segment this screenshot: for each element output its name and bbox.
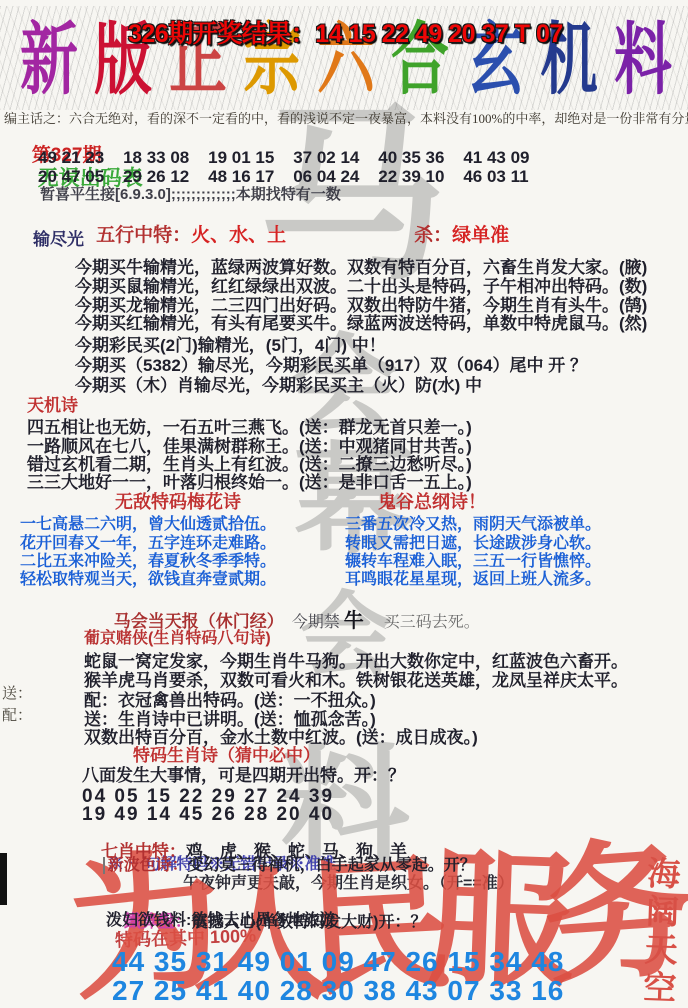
pujing-line: 猴羊虎马肖要杀，双数可看火和木。铁树银花送英雄，龙凤呈祥庆太平。	[84, 671, 628, 691]
margin-note: 配：	[2, 708, 32, 725]
meihua-line: 二比五来冲险关，春夏秋冬季季特。	[20, 553, 276, 571]
wuxing-label: 五行中特：	[96, 225, 191, 246]
sha-label: 杀：	[414, 225, 452, 246]
pofu-line: 泼妇欲钱料:欲钱去出界各地旅游	[106, 912, 335, 930]
hint-line: 暂喜平生接[6.9.3.0];;;;;;;;;;;;;本期找特有一数	[40, 186, 341, 203]
bose-line: 新波色诗：变幻莫三得禅机，白手起家从零起。开？	[85, 839, 476, 894]
draw-result-banner: 326期开奖结果：14 15 22 49 20 37 T 07	[128, 20, 563, 49]
bose-value: 变幻莫三得禅机，白手起家从零起。开？	[188, 857, 476, 874]
guigu-line: 转眼又需把日遮，长途跋涉身心软。	[345, 535, 601, 553]
guigu-line: 辗转车程难入眠，三五一行皆憔悴。	[345, 553, 601, 571]
section-heading-meihua: 无敌特码梅花诗	[115, 492, 241, 513]
pujing-line: 配：衣冠禽兽出特码。(送：一不扭众。)	[84, 691, 376, 711]
tianjishi-line: 三三大地好一一，叶落归根终始一。(送：是非口舌一五上。)	[27, 473, 472, 493]
title-char: 新	[20, 22, 78, 100]
section-heading-tianjishi: 天机诗	[27, 396, 78, 416]
pujing-line: 双数出特百分百，金水土数中红波。(送：成日成夜。)	[84, 728, 478, 748]
meihua-line: 一七高悬二六明，曾大仙透贰拾伍。	[20, 516, 276, 534]
mahui-daily-label: 马会当天报（休门经）	[114, 612, 284, 631]
guigu-line: 耳鸣眼花星星现，返回上班人流多。	[345, 571, 601, 589]
margin-note: 送：	[2, 686, 32, 703]
vertical-motto: 海阔天空	[637, 855, 679, 1008]
mahui-daily-animal: 牛	[344, 610, 364, 632]
section-heading-shujinguang: 输尽光	[33, 230, 84, 250]
meihua-line: 花开回春又一年，五字连环走难路。	[20, 535, 276, 553]
editor-note: 编主话之：六合无绝对，看的深不一定看的中，看的浅说不定一夜暴富，本料没有100%…	[4, 112, 688, 127]
lottery-tip-sheet: 新版正宗六合玄机料 326期开奖结果：14 15 22 49 20 37 T 0…	[0, 0, 688, 1008]
tianjishi-line: 四五相让也无妨，一石五叶三燕飞。(送：群龙无首只差一。)	[27, 418, 472, 438]
mahui-daily-ban: 今期禁	[292, 614, 340, 631]
section-heading-shengxiao: 特码生肖诗（猜中必中）	[133, 746, 320, 766]
pujing-line: 送：生肖诗中已讲明。(送：恤孤念苦。)	[84, 710, 376, 730]
bottom-numbers-row: 44 35 31 49 01 09 47 26 15 34 48	[112, 946, 564, 978]
sha-value: 绿单准	[452, 225, 509, 246]
shujinguang-line: 今期买牛输精光，蓝绿两波算好数。双数有特百分百，六畜生肖发大家。(腋)	[75, 258, 647, 278]
shujinguang-line: 今期彩民买(2门)输精光，(5门，4门) 中！	[75, 336, 386, 356]
shujinguang-line: 今期买红输精光，有头有尾要买牛。绿蓝两波送特码，单数中特虎鼠马。(然)	[75, 314, 647, 334]
code-table-row: 20 47 05 29 26 12 48 16 17 06 04 24 22 3…	[38, 167, 529, 187]
shujinguang-line: 今期买鼠输精光，红红绿绿出双波。二十出头是特码，子午相冲出特码。(数)	[75, 277, 647, 297]
section-heading-guigu: 鬼谷总纲诗！	[378, 492, 486, 513]
section-heading-pujing: 葡京赌侠(生肖特码八句诗)	[84, 630, 271, 648]
bose-label: 新波色诗：	[103, 857, 188, 874]
shujinguang-line: 今期买（5382）输尽光，今期彩民买单（917）双（064）尾中 开 ？	[75, 356, 587, 376]
code-table-row: 49 21 23 18 33 08 19 01 15 37 02 14 40 3…	[38, 148, 530, 168]
shujinguang-line: 今期买（木）肖输尽光，今期彩民买主（火）防(水) 中	[75, 376, 482, 396]
guigu-line: 三番五次冷又热，雨阴天气添被单。	[345, 516, 601, 534]
shujinguang-line: 今期买龙输精光，二三四门出好码。双数出特防牛猪，今期生肖有头牛。(鹄)	[75, 296, 647, 316]
title-char: 料	[614, 22, 672, 100]
scan-edge-mark	[0, 853, 7, 905]
wuxing-value: 火、水、土	[191, 225, 286, 246]
bottom-numbers-row: 27 25 41 40 28 30 38 43 07 33 16	[112, 975, 564, 1007]
meihua-line: 轻松取特观当天，欲钱直奔壹贰期。	[20, 571, 276, 589]
shengxiao-line: 八面发生大事情，可是四期开出特。开：？	[82, 766, 405, 786]
tianjishi-line: 一路顺风在七八，佳果满树群称王。(送：中观猪同甘共苦。)	[27, 437, 472, 457]
tianjishi-line: 错过玄机看二期，生肖头上有红波。(送：二撩三边愁听尽。)	[27, 455, 472, 475]
pujing-line: 蛇鼠一窝定发家，今期生肖牛马狗。开出大数你定中，红蓝波色六畜开。	[84, 652, 628, 672]
mahui-daily-tail: 买三码去死。	[384, 614, 480, 631]
